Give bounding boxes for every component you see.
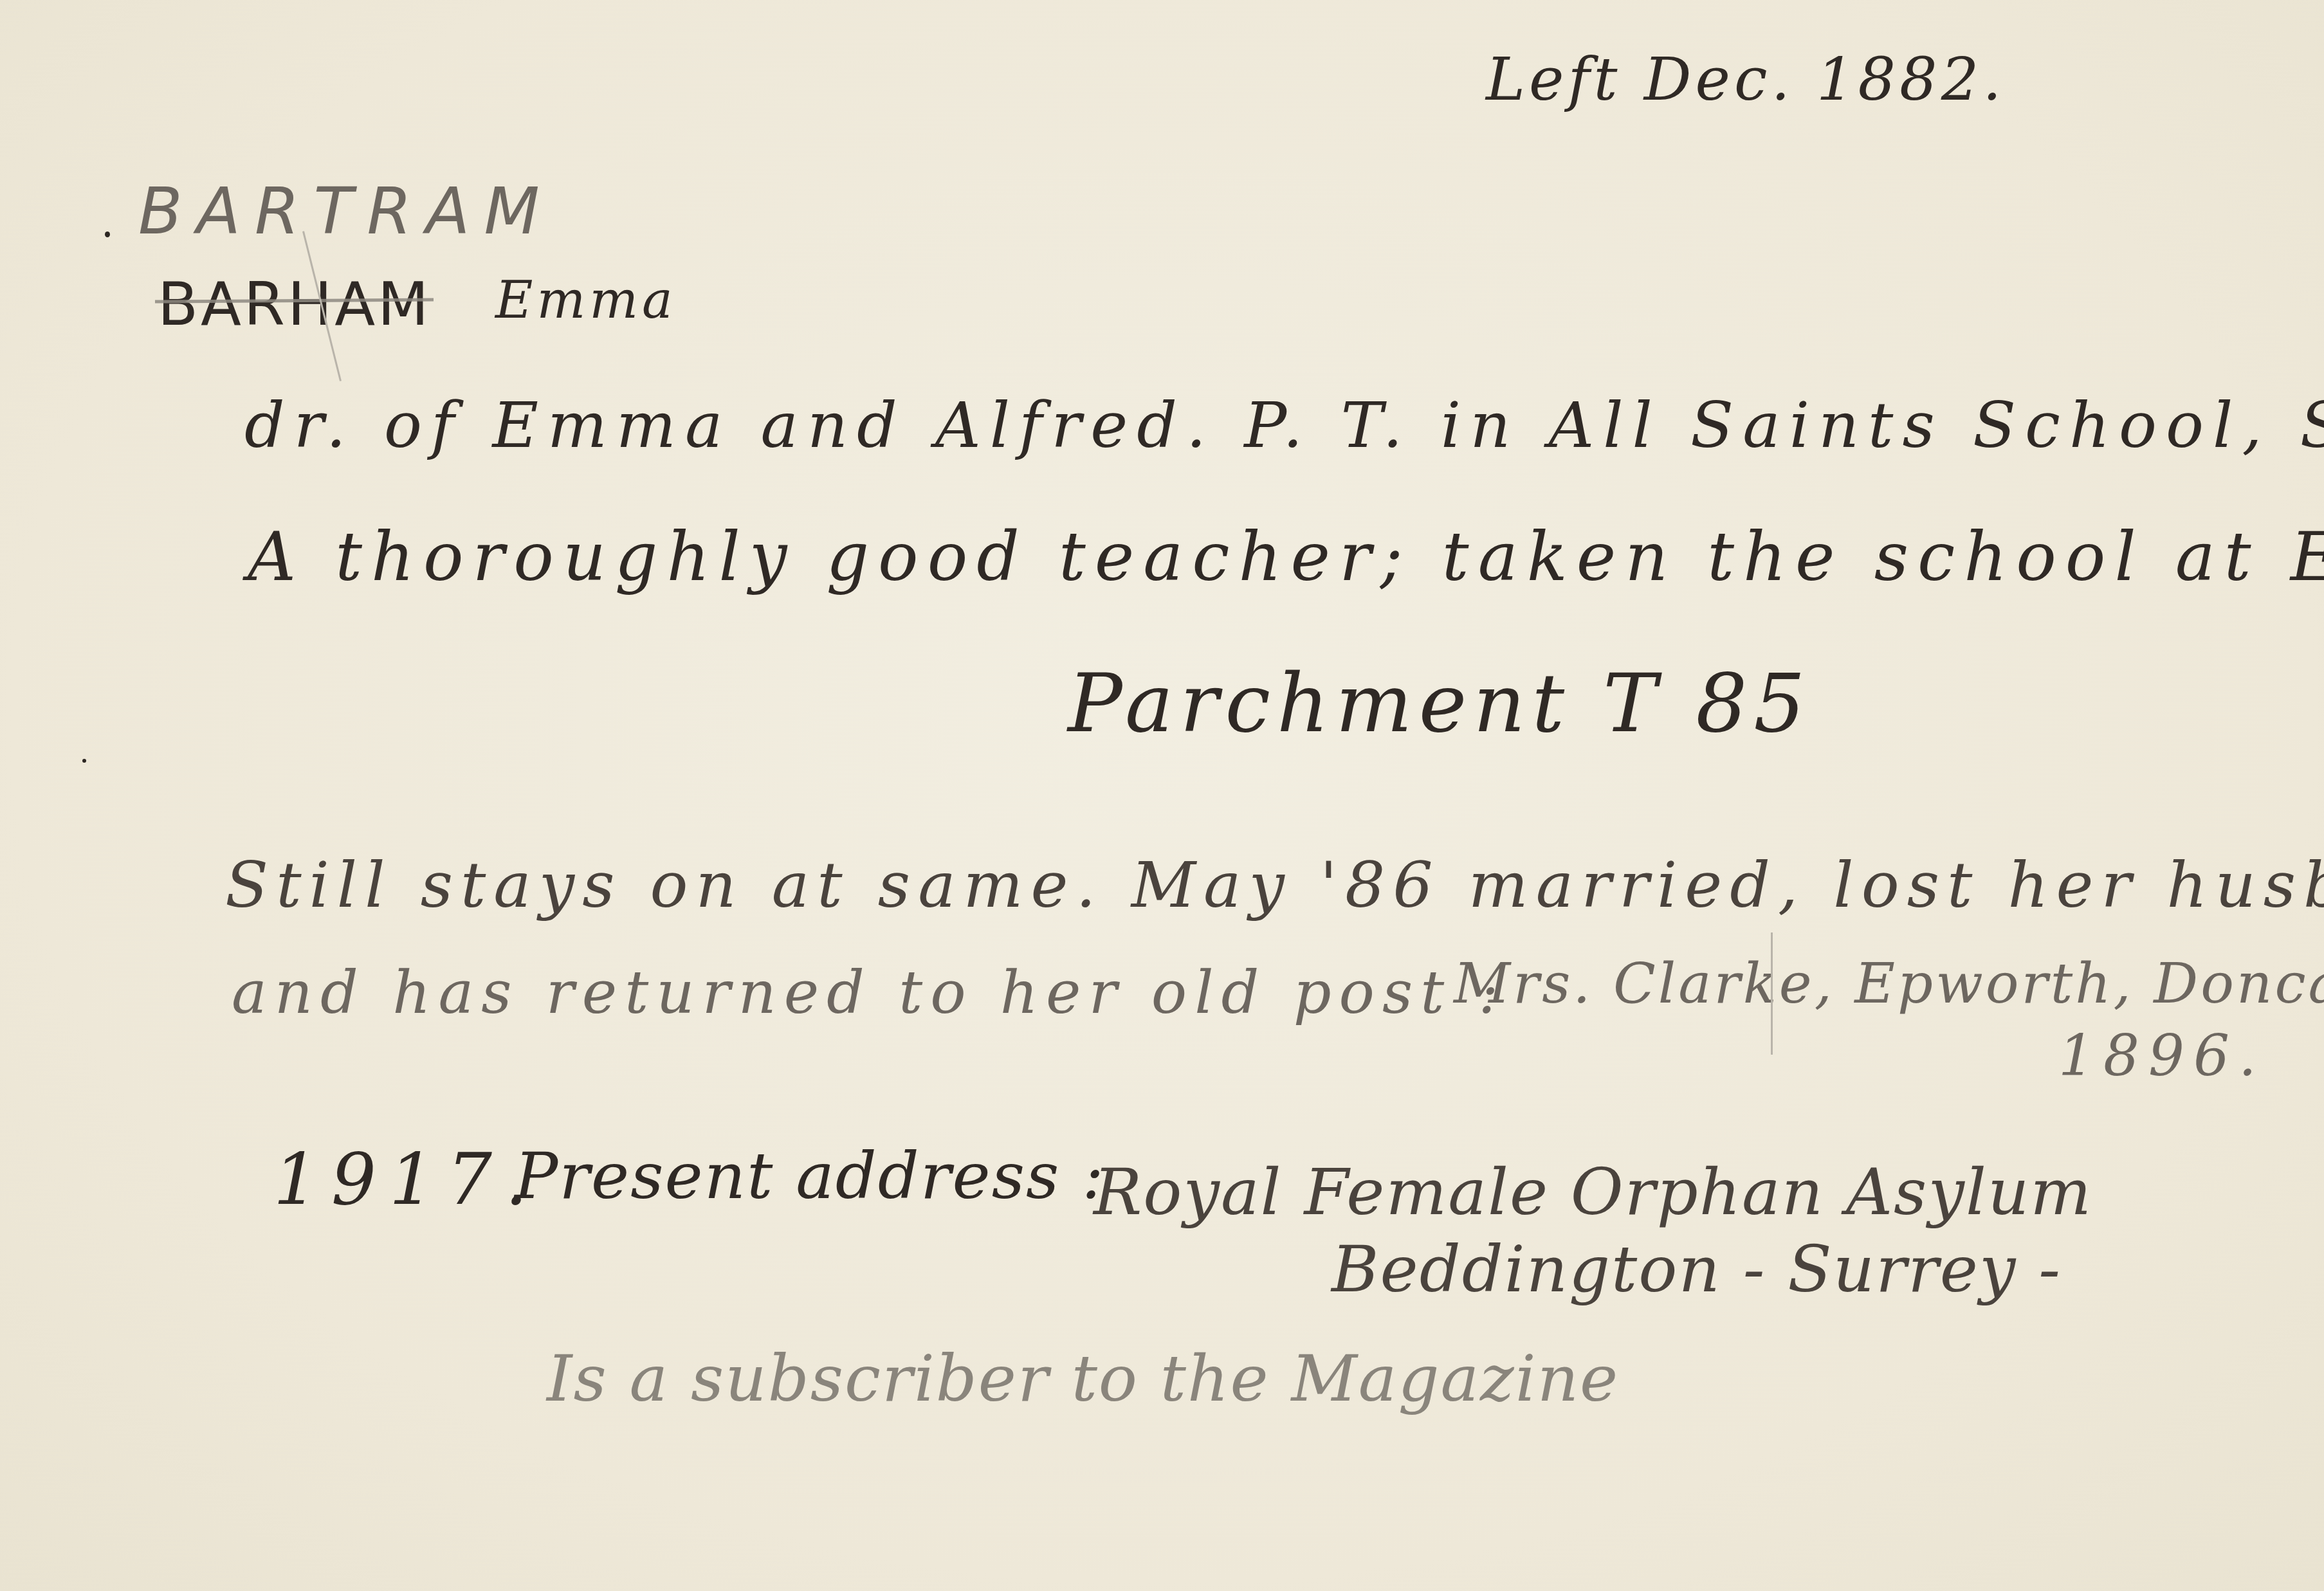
- year-1896: 1896.: [2058, 1023, 2265, 1089]
- document-page: Left Dec. 1882. BARTRAM BARHAM Emma dr. …: [0, 0, 2324, 1591]
- parchment-reference: Parchment T 85: [1068, 656, 1812, 750]
- address-1917-line-2: Beddington - Surrey -: [1331, 1232, 2062, 1307]
- subscriber-note: Is a subscriber to the Magazine: [547, 1341, 1619, 1416]
- present-address-label: Present address :: [515, 1138, 1105, 1214]
- year-1917: 1917.: [273, 1138, 540, 1221]
- entry-line-assessment: A thoroughly good teacher; taken the sch…: [248, 518, 2324, 596]
- entry-address-1896: Mrs. Clarke, Epworth, Doncaster,: [1454, 952, 2324, 1016]
- entry-line-marriage: Still stays on at same. May '86 married,…: [225, 849, 2324, 922]
- surname-corrected: BARTRAM: [138, 174, 554, 249]
- address-1917-line-1: Royal Female Orphan Asylum: [1093, 1154, 2092, 1230]
- surname-original-struck: BARHAM: [158, 270, 431, 339]
- margin-dot: [105, 232, 110, 237]
- forename: Emma: [495, 270, 677, 330]
- pencil-stroke: [1771, 932, 1773, 1055]
- entry-line-returned: and has returned to her old post :: [232, 958, 1506, 1027]
- entry-line-parentage-position: dr. of Emma and Alfred. P. T. in All Sai…: [244, 389, 2324, 462]
- left-date: Left Dec. 1882.: [1486, 45, 2005, 114]
- margin-speck: [82, 759, 86, 763]
